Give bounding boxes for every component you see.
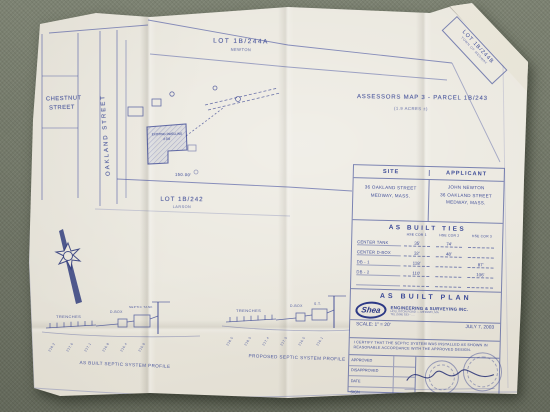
- assessors-area-label: (1.9 ACRES ±): [394, 106, 428, 111]
- ties-value: [468, 242, 494, 249]
- ties-value: 74': [436, 241, 462, 248]
- dwelling-number: #36: [157, 137, 177, 141]
- approval-and-seals: APPROVED DISAPPROVED DATE SIGN: [348, 355, 499, 401]
- elevation-label: 217.4: [261, 336, 270, 347]
- site-header-cell: SITE: [354, 168, 429, 176]
- lot-242-owner: LARSON: [158, 205, 206, 209]
- ties-value: [403, 280, 429, 287]
- firm-lines: ENGINEERING & SURVEYING INC. HOLLISTON R…: [390, 305, 468, 319]
- ties-value: 118': [404, 260, 430, 267]
- ties-col-header: HSE COR 1: [400, 232, 433, 237]
- elevation-label: 218.5: [225, 336, 234, 347]
- existing-dwelling-footprint: [147, 124, 187, 164]
- ties-row-label: CENTER TANK: [357, 239, 401, 246]
- dbox-label: D-BOX: [290, 304, 303, 308]
- elevation-label: 218.2: [47, 342, 56, 353]
- firm-phone: TEL (508) 533 - ….: [390, 313, 468, 318]
- elevation-label: 217.0: [279, 336, 288, 347]
- dwelling-and-features: [128, 86, 241, 174]
- lot-244a-label: LOT 1B/244A: [202, 37, 280, 45]
- ties-value: [467, 282, 493, 289]
- elevation-label: 217.6: [65, 342, 74, 353]
- elevation-label: 218.0: [243, 336, 252, 347]
- title-block-stack: SITE APPLICANT 36 OAKLAND STREET MEDWAY,…: [347, 164, 505, 396]
- lot-242-label: LOT 1B/242: [142, 196, 222, 204]
- elevation-label: 216.5: [297, 336, 306, 347]
- dwelling-label: EXISTING DWELLING: [149, 132, 185, 137]
- ties-value: 32': [404, 250, 430, 257]
- as-built-ties-table: AS BUILT TIES HSE COR 1 HSE COR 2 HSE CO…: [351, 220, 503, 293]
- site-table-body: 36 OAKLAND STREET MEDWAY, MASS. JOHN NEW…: [353, 178, 504, 223]
- ties-value: 106': [467, 272, 493, 279]
- paper-shadow: TRENCHES D-BOX SEPTIC TANK 218.2 217.6 2…: [0, 0, 550, 412]
- elevation-label: 216.1: [315, 336, 324, 347]
- frontage-dimension: 150.00': [175, 172, 192, 178]
- ties-row-label: [356, 284, 400, 286]
- ties-row-label: DB - 2: [356, 269, 400, 276]
- ties-value: 48': [436, 251, 462, 258]
- tank-label: SEPTIC TANK: [129, 305, 153, 309]
- ties-value: [435, 281, 461, 288]
- leach-trench-lines: [186, 88, 280, 136]
- elevation-label: 216.4: [119, 342, 128, 353]
- plan-title-block: AS BUILT PLAN Shea ENGINEERING & SURVEYI…: [350, 289, 501, 342]
- tank-label: S.T.: [314, 302, 321, 306]
- signature-caption-line: [405, 386, 495, 391]
- elevation-label: 217.1: [83, 342, 92, 353]
- as-built-profile-title: AS BUILT SEPTIC SYSTEM PROFILE: [80, 360, 171, 369]
- shea-logo: Shea: [354, 301, 388, 319]
- blueprint-paper: TRENCHES D-BOX SEPTIC TANK 218.2 217.6 2…: [0, 0, 550, 412]
- elevation-label: 215.9: [137, 342, 146, 353]
- elevation-label: 216.8: [101, 342, 110, 353]
- site-address-line: MEDWAY, MASS.: [353, 191, 428, 200]
- ties-value: 110': [403, 270, 429, 277]
- plan-date: JULY 7, 2003: [465, 325, 494, 331]
- well-symbol: [170, 92, 174, 96]
- ties-row-label: CENTER D-BOX: [357, 249, 401, 256]
- lot-244a-owner: NEWTON: [216, 47, 266, 53]
- scale-value: SCALE: 1" = 20': [356, 322, 391, 328]
- ties-value: [436, 261, 462, 268]
- trenches-label: TRENCHES: [56, 314, 81, 319]
- north-arrow: [56, 229, 82, 304]
- ties-row-label: DB - 1: [357, 259, 401, 266]
- ties-value: [435, 271, 461, 278]
- dbox-label: D-BOX: [110, 310, 123, 314]
- ties-col-header: HSE COR 2: [433, 233, 466, 238]
- applicant-cell: JOHN NEWTON 36 OAKLAND STREET MEDWAY, MA…: [427, 180, 503, 223]
- site-address-cell: 36 OAKLAND STREET MEDWAY, MASS.: [353, 178, 428, 221]
- photo-of-blueprint: TRENCHES D-BOX SEPTIC TANK 218.2 217.6 2…: [0, 0, 550, 412]
- signature-area: [348, 355, 499, 401]
- ties-value: [468, 252, 494, 259]
- applicant-header-cell: APPLICANT: [428, 170, 504, 178]
- chestnut-street-label-2: STREET: [46, 104, 78, 111]
- ties-value: 87': [468, 262, 494, 269]
- trenches-label: TRENCHES: [236, 308, 261, 313]
- ties-col-header: HSE COR 3: [466, 234, 499, 239]
- ties-value: 35': [404, 240, 430, 247]
- as-built-profile-diagram: [42, 302, 200, 337]
- applicant-line: MEDWAY, MASS.: [429, 198, 504, 207]
- proposed-profile-title: PROPOSED SEPTIC SYSTEM PROFILE: [248, 353, 345, 361]
- north-arrow-hub: [64, 252, 73, 261]
- proposed-profile-labels: TRENCHES D-BOX S.T. 218.5 218.0 217.4 21…: [225, 302, 345, 362]
- proposed-profile-diagram: [222, 296, 350, 331]
- site-applicant-table: SITE APPLICANT 36 OAKLAND STREET MEDWAY,…: [353, 165, 504, 224]
- chestnut-street-label: CHESTNUT: [46, 95, 78, 102]
- signature-scribble: [407, 368, 494, 382]
